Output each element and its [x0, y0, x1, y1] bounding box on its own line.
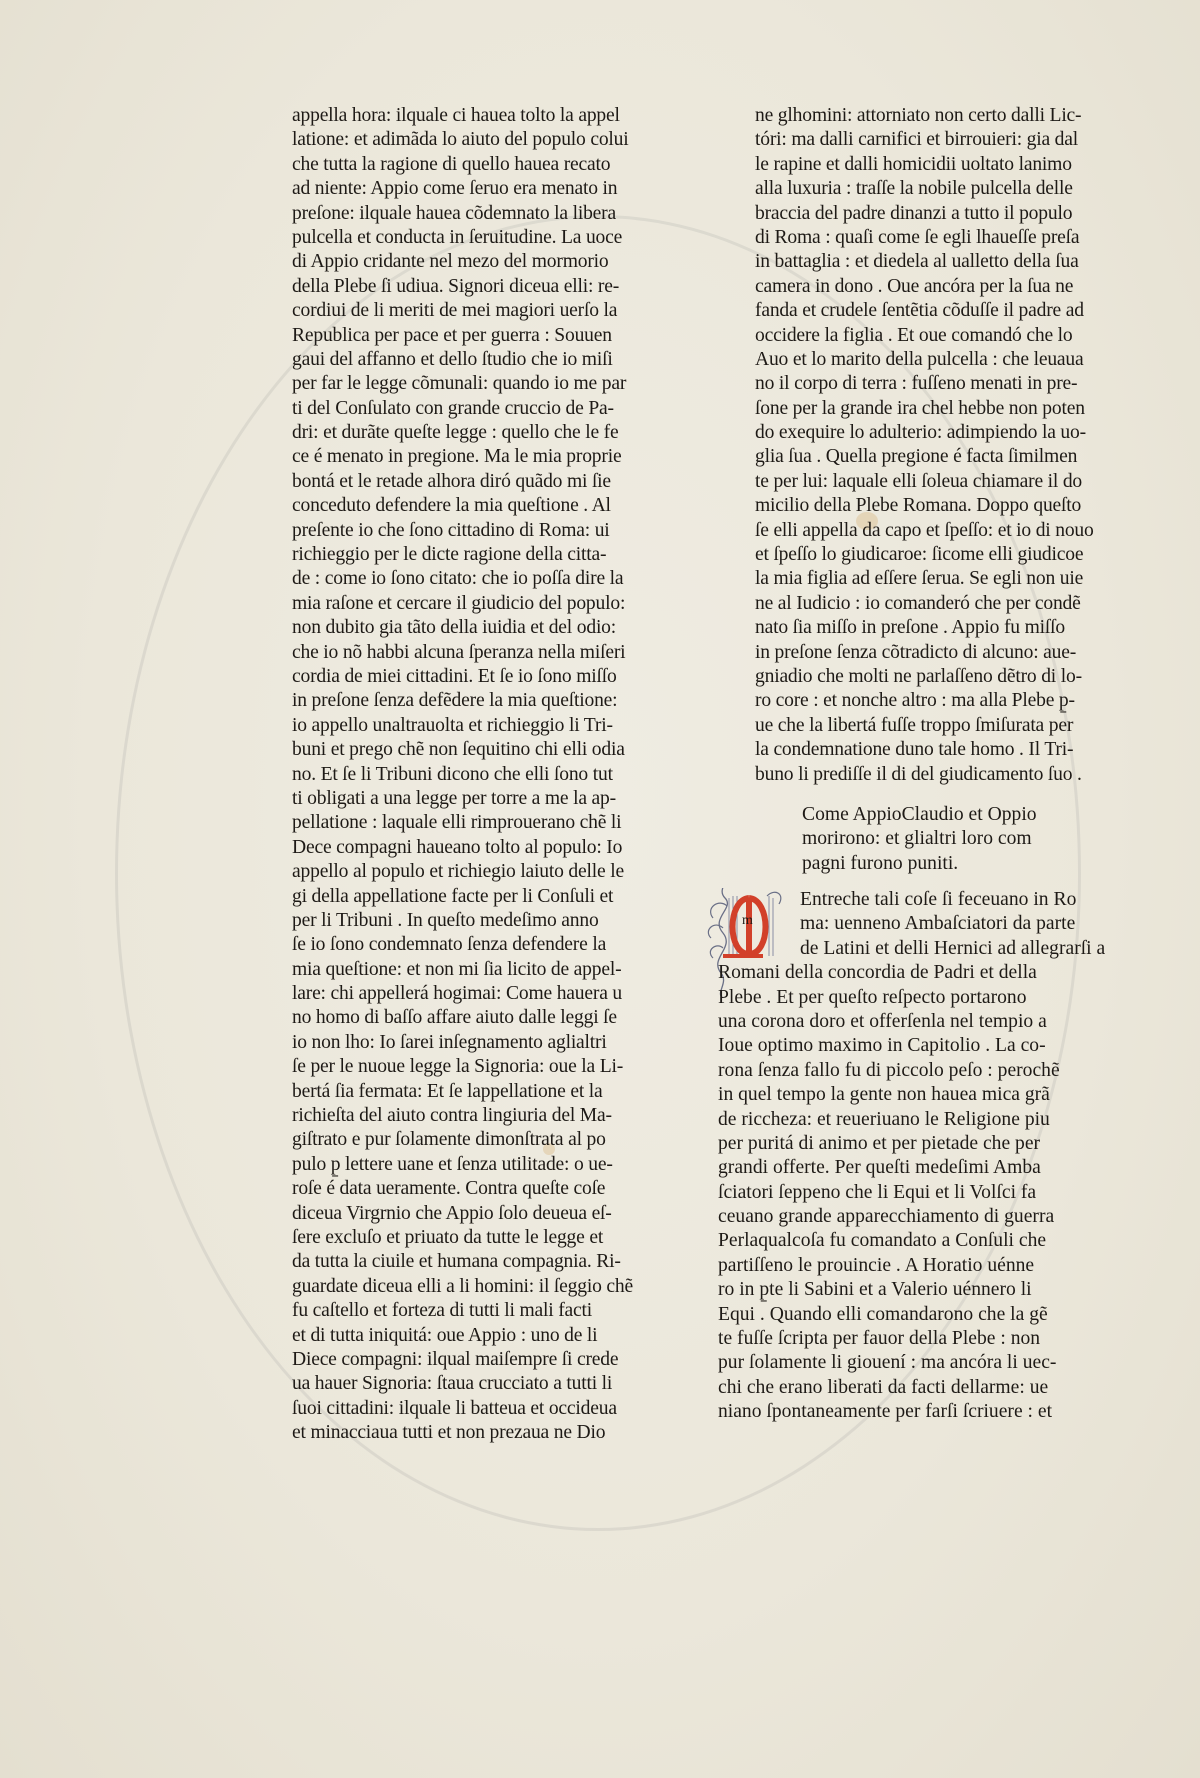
text-line: te per lui: laquale elli ſoleua chiamare…	[755, 470, 1107, 494]
text-line: de Latini et delli Hernici ad allegrarſi…	[718, 937, 1118, 961]
text-line: ceuano grande apparecchiamento di guerra	[718, 1205, 1118, 1229]
text-line: niano ſpontaneamente per farſi ſcriuere …	[718, 1400, 1118, 1424]
text-line: ue che la libertá fuſſe troppo ſmiſurata…	[755, 714, 1107, 738]
text-line: bertá ſia fermata: Et ſe lappellatione e…	[292, 1080, 644, 1104]
text-line: ro in p̱te li Sabini et a Valerio uénner…	[718, 1278, 1118, 1302]
text-line: pagni furono puniti.	[802, 852, 1102, 876]
text-line: io non lho: Io ſarei inſegnamento aglial…	[292, 1031, 644, 1055]
text-line: tóri: ma dalli carnifici et birrouieri: …	[755, 128, 1107, 152]
text-line: pulo p̱ lettere uane et ſenza utilitade:…	[292, 1153, 644, 1177]
text-line: Ioue optimo maximo in Capitolio . La co-	[718, 1034, 1118, 1058]
text-line: che io nõ habbi alcuna ſperanza nella mi…	[292, 641, 644, 665]
text-line: braccia del padre dinanzi a tutto il pop…	[755, 202, 1107, 226]
text-line: appella hora: ilquale ci hauea tolto la …	[292, 104, 644, 128]
text-line: morirono: et glialtri loro com	[802, 827, 1102, 851]
text-line: ſe per le nuoue legge la Signoria: oue l…	[292, 1055, 644, 1079]
text-line: giſtrato e pur ſolamente dimonſtrata al …	[292, 1128, 644, 1152]
text-line: et minacciaua tutti et non prezaua ne Di…	[292, 1421, 644, 1445]
text-line: ad niente: Appio come ſeruo era menato i…	[292, 177, 644, 201]
text-line: de : come io ſono citato: che io poſſa d…	[292, 567, 644, 591]
text-line: partiſſeno le prouincie . A Horatio uénn…	[718, 1254, 1118, 1278]
text-line: nato ſia miſſo in preſone . Appio fu miſ…	[755, 616, 1107, 640]
text-line: la mia figlia ad eſſere ſerua. Se egli n…	[755, 567, 1107, 591]
text-line: che tutta la ragione di quello hauea rec…	[292, 153, 644, 177]
text-line: le rapine et dalli homicidii uoltato lan…	[755, 153, 1107, 177]
text-line: Perlaqualcoſa fu comandato a Conſuli che	[718, 1229, 1118, 1253]
text-line: lare: chi appellerá hogimai: Come hauera…	[292, 982, 644, 1006]
text-line: ne glhomini: attorniato non certo dalli …	[755, 104, 1107, 128]
text-line: Diece compagni: ilqual maiſempre ſi cred…	[292, 1348, 644, 1372]
text-line: una corona doro et offerſenla nel tempio…	[718, 1010, 1118, 1034]
text-line: Equi . Quando elli comandarono che la gẽ	[718, 1303, 1118, 1327]
text-line: in quel tempo la gente non hauea mica gr…	[718, 1083, 1118, 1107]
text-line: ſuoi cittadini: ilquale li batteua et oc…	[292, 1397, 644, 1421]
text-line: de riccheza: et reueriuano le Religione …	[718, 1108, 1118, 1132]
text-line: bontá et le retade alhora diró quãdo mi …	[292, 470, 644, 494]
text-line: io appello unaltrauolta et richieggio li…	[292, 714, 644, 738]
text-line: ſone per la grande ira chel hebbe non po…	[755, 397, 1107, 421]
text-line: da tutta la ciuile et humana compagnia. …	[292, 1250, 644, 1274]
text-line: do exequire lo adulterio: adimpiendo la …	[755, 421, 1107, 445]
chapter-heading: Come AppioClaudio et Oppiomorirono: et g…	[802, 803, 1102, 876]
text-line: ma: uenneno Ambaſciatori da parte	[718, 912, 1118, 936]
text-line: gniadio che molti ne parlaſſeno dẽtro di…	[755, 665, 1107, 689]
text-line: ne al Iudicio : io comanderó che per con…	[755, 592, 1107, 616]
text-line: richieggio per le dicte ragione della ci…	[292, 543, 644, 567]
text-line: in preſone ſenza defẽdere la mia queſtio…	[292, 689, 644, 713]
text-line: no homo di baſſo affare aiuto dalle legg…	[292, 1006, 644, 1030]
text-line: pellatione : laquale elli rimprouerano c…	[292, 811, 644, 835]
text-line: fu caſtello et forteza di tutti li mali …	[292, 1299, 644, 1323]
text-line: Plebe . Et per queſto reſpecto portarono	[718, 986, 1118, 1010]
text-line: ti obligati a una legge per torre a me l…	[292, 787, 644, 811]
text-line: per li Tribuni . In queſto medeſimo anno	[292, 909, 644, 933]
text-line: et di tutta iniquitá: oue Appio : uno de…	[292, 1324, 644, 1348]
text-line: cordiui de li meriti de mei magiori uerſ…	[292, 299, 644, 323]
text-line: latione: et adimãda lo aiuto del populo …	[292, 128, 644, 152]
text-line: richieſta del aiuto contra lingiuria del…	[292, 1104, 644, 1128]
text-line: mia raſone et cercare il giudicio del po…	[292, 592, 644, 616]
text-line: micilio della Plebe Romana. Doppo queſto	[755, 494, 1107, 518]
text-line: ſere excluſo et priuato da tutte le legg…	[292, 1226, 644, 1250]
text-line: pur ſolamente li giouení : ma ancóra li …	[718, 1351, 1118, 1375]
text-line: Come AppioClaudio et Oppio	[802, 803, 1102, 827]
chapter-body: Entreche tali coſe ſi feceuano in Roma: …	[718, 888, 1118, 1425]
left-text-column: appella hora: ilquale ci hauea tolto la …	[292, 104, 644, 1445]
text-line: chi che erano liberati da facti dellarme…	[718, 1376, 1118, 1400]
text-line: buni et prego chẽ non ſequitino chi elli…	[292, 738, 644, 762]
right-text-column: ne glhomini: attorniato non certo dalli …	[755, 104, 1107, 787]
text-line: cordia de miei cittadini. Et ſe io ſono …	[292, 665, 644, 689]
text-line: la condemnatione duno tale homo . Il Tri…	[755, 738, 1107, 762]
text-line: pulcella et conducta in ſeruitudine. La …	[292, 226, 644, 250]
text-line: ua hauer Signoria: ſtaua crucciato a tut…	[292, 1372, 644, 1396]
text-line: et ſpeſſo lo giudicaroe: ſicome elli giu…	[755, 543, 1107, 567]
text-line: di Roma : quaſi come ſe egli lhaueſſe pr…	[755, 226, 1107, 250]
text-line: glia ſua . Quella pregione é facta ſimil…	[755, 445, 1107, 469]
text-line: ce é menato in pregione. Ma le mia propr…	[292, 445, 644, 469]
text-line: fanda et crudele ſentẽtia cõduſſe il pad…	[755, 299, 1107, 323]
text-line: conceduto defendere la mia queſtione . A…	[292, 494, 644, 518]
text-line: mia queſtione: et non mi ſia licito de a…	[292, 958, 644, 982]
text-line: guardate diceua elli a li homini: il ſeg…	[292, 1275, 644, 1299]
text-line: della Plebe ſi udiua. Signori diceua ell…	[292, 275, 644, 299]
text-line: no il corpo di terra : fuſſeno menati in…	[755, 372, 1107, 396]
text-line: te fuſſe ſcripta per fauor della Plebe :…	[718, 1327, 1118, 1351]
text-line: buno li prediſſe il di del giudicamento …	[755, 763, 1107, 787]
text-line: in battaglia : et diedela al ualletto de…	[755, 250, 1107, 274]
text-line: Entreche tali coſe ſi feceuano in Ro	[718, 888, 1118, 912]
text-line: preſente io che ſono cittadino di Roma: …	[292, 519, 644, 543]
text-line: per far le legge cõmunali: quando io me …	[292, 372, 644, 396]
text-line: gaui del affanno et dello ſtudio che io …	[292, 348, 644, 372]
text-line: Dece compagni haueano tolto al populo: I…	[292, 836, 644, 860]
text-line: occidere la figlia . Et oue comandó che …	[755, 324, 1107, 348]
text-line: ſe io ſono condemnato ſenza defendere la	[292, 933, 644, 957]
text-line: non dubito gia tãto della iuidia et del …	[292, 616, 644, 640]
text-line: ro core : et nonche altro : ma alla Pleb…	[755, 689, 1107, 713]
book-page: appella hora: ilquale ci hauea tolto la …	[0, 0, 1200, 1778]
text-line: per puritá di animo et per pietade che p…	[718, 1132, 1118, 1156]
text-line: diceua Virgrnio che Appio ſolo deueua eſ…	[292, 1202, 644, 1226]
text-line: alla luxuria : traſſe la nobile pulcella…	[755, 177, 1107, 201]
text-line: appello al populo et richiegio laiuto de…	[292, 860, 644, 884]
text-line: Romani della concordia de Padri et della	[718, 961, 1118, 985]
text-line: gi della appellatione facte per li Conſu…	[292, 885, 644, 909]
text-line: ti del Conſulato con grande cruccio de P…	[292, 397, 644, 421]
text-line: di Appio cridante nel mezo del mormorio	[292, 250, 644, 274]
text-line: ſciatori ſeppeno che li Equi et li Volſc…	[718, 1181, 1118, 1205]
text-line: roſe é data ueramente. Contra queſte coſ…	[292, 1177, 644, 1201]
text-line: Republica per pace et per guerra : Souue…	[292, 324, 644, 348]
text-line: grandi offerte. Per queſti medeſimi Amba	[718, 1156, 1118, 1180]
text-line: no. Et ſe li Tribuni dicono che elli ſon…	[292, 763, 644, 787]
text-line: dri: et durãte queſte legge : quello che…	[292, 421, 644, 445]
text-line: in preſone ſenza cõtradicto di alcuno: a…	[755, 641, 1107, 665]
text-line: camera in dono . Oue ancóra per la ſua n…	[755, 275, 1107, 299]
text-line: rona ſenza fallo fu di piccolo peſo : pe…	[718, 1059, 1118, 1083]
text-line: Auo et lo marito della pulcella : che le…	[755, 348, 1107, 372]
text-line: ſe elli appella da capo et ſpeſſo: et io…	[755, 519, 1107, 543]
text-line: preſone: ilquale hauea cõdemnato la libe…	[292, 202, 644, 226]
